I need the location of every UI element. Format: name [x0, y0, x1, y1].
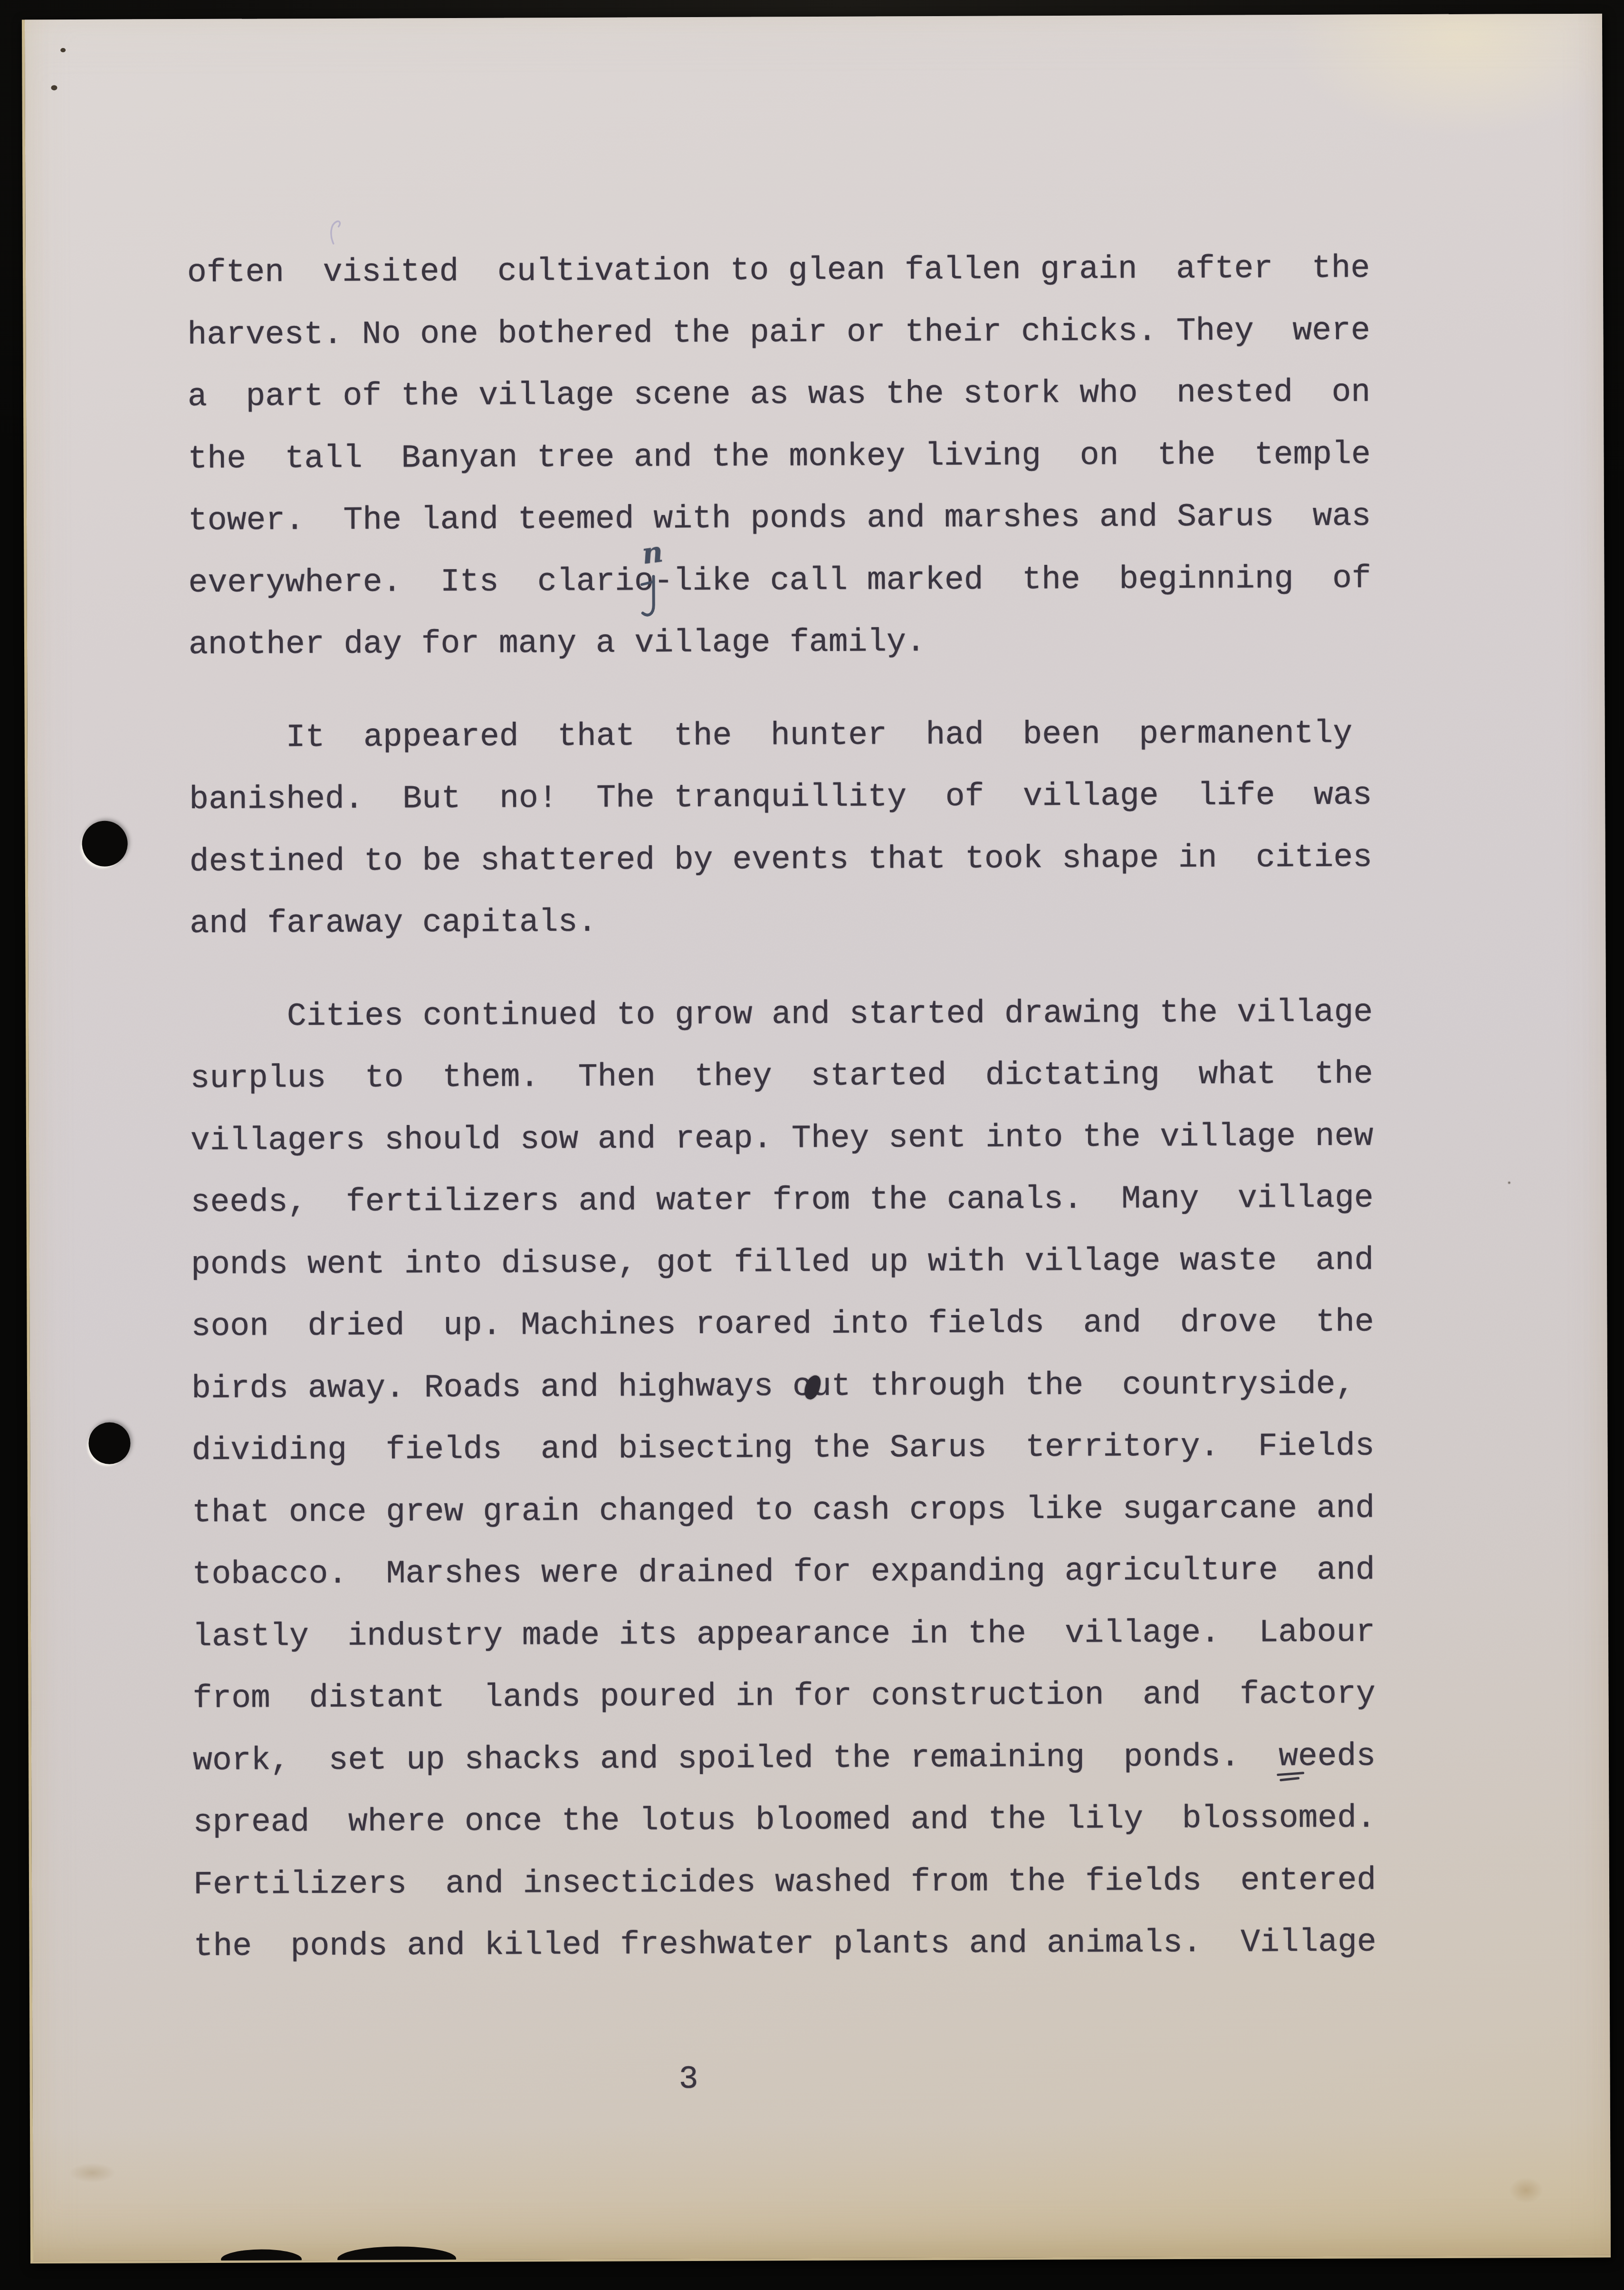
- typed-line: everywhere. Its clario-like call marked …: [188, 548, 1404, 614]
- typed-line: from distant lands poured in for constru…: [192, 1663, 1409, 1730]
- typed-line: ponds went into disuse, got filled up wi…: [191, 1230, 1407, 1296]
- paragraph: often visited cultivation to glean falle…: [187, 238, 1405, 676]
- typed-line: banished. But no! The tranquillity of vi…: [189, 764, 1405, 831]
- typed-line: tobacco. Marshes were drained for expand…: [192, 1539, 1408, 1606]
- paragraph: It appeared that the hunter had been per…: [189, 703, 1406, 955]
- typed-paragraphs: often visited cultivation to glean falle…: [187, 238, 1410, 1978]
- typed-line: villagers should sow and reap. They sent…: [191, 1106, 1407, 1172]
- paper-speck: [60, 48, 66, 52]
- typed-line: seeds, fertilizers and water from the ca…: [191, 1167, 1407, 1234]
- typed-line: harvest. No one bothered the pair or the…: [187, 300, 1404, 366]
- punch-hole-bottom: [88, 1422, 130, 1464]
- paper-defects-layer: [25, 14, 1602, 20]
- typed-line: Fertilizers and insecticides washed from…: [193, 1850, 1410, 1916]
- typed-line: a part of the village scene as was the s…: [188, 362, 1404, 428]
- punch-hole-top: [82, 821, 127, 867]
- torn-edge-notch: [221, 2249, 302, 2263]
- typed-text-block: often visited cultivation to glean falle…: [187, 238, 1411, 2112]
- typed-line: lastly industry made its appearance in t…: [192, 1602, 1409, 1668]
- typed-line: destined to be shattered by events that …: [190, 827, 1406, 893]
- typed-line: that once grew grain changed to cash cro…: [192, 1478, 1408, 1544]
- age-stain: [1507, 1180, 1511, 1185]
- typed-line: the tall Banyan tree and the monkey livi…: [188, 424, 1404, 490]
- typed-line: spread where once the lotus bloomed and …: [193, 1787, 1409, 1854]
- page-number: 3: [194, 2046, 1410, 2112]
- typed-line: the ponds and killed freshwater plants a…: [193, 1911, 1410, 1978]
- scanned-document-photo: often visited cultivation to glean falle…: [0, 0, 1624, 2290]
- typed-line: Cities continued to grow and started dra…: [190, 982, 1406, 1048]
- paper-speck: [51, 85, 57, 90]
- typed-line: surplus to them. Then they started dicta…: [190, 1043, 1406, 1110]
- typed-line: often visited cultivation to glean falle…: [187, 238, 1404, 304]
- typed-line: work, set up shacks and spoiled the rema…: [193, 1726, 1409, 1792]
- typed-line: birds away. Roads and highways cut throu…: [191, 1354, 1408, 1420]
- typed-line: and faraway capitals.: [190, 888, 1406, 955]
- typed-line: It appeared that the hunter had been per…: [189, 703, 1405, 769]
- torn-edge-notch: [337, 2246, 456, 2263]
- paragraph: Cities continued to grow and started dra…: [190, 982, 1410, 1978]
- typed-line: soon dried up. Machines roared into fiel…: [191, 1291, 1407, 1358]
- typed-line: dividing fields and bisecting the Sarus …: [191, 1415, 1408, 1482]
- age-stain: [61, 2160, 123, 2186]
- typed-line: another day for many a village family.: [189, 610, 1405, 676]
- paper-sheet: often visited cultivation to glean falle…: [22, 14, 1611, 2264]
- scan-background: { "document": { "kind": "typewritten man…: [0, 0, 1624, 2290]
- typed-line: tower. The land teemed with ponds and ma…: [188, 486, 1404, 552]
- age-stain: [1503, 2173, 1548, 2207]
